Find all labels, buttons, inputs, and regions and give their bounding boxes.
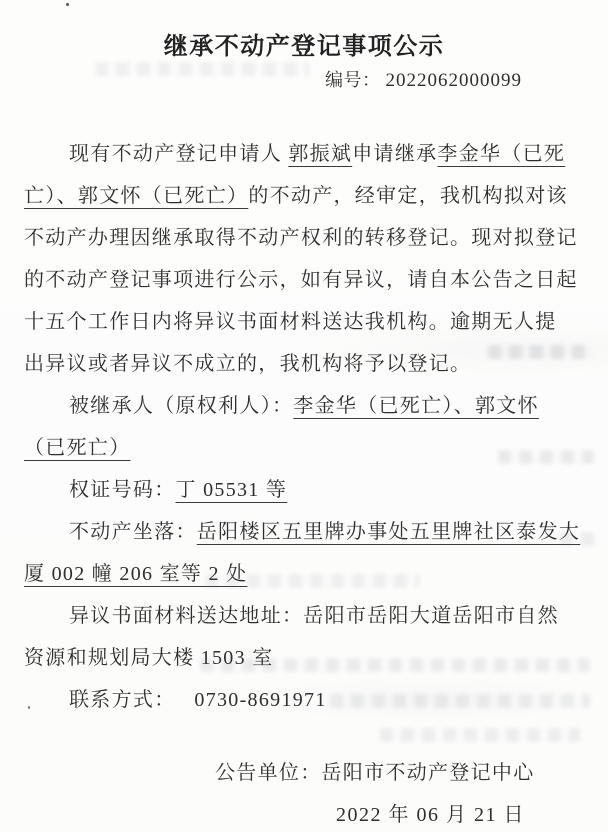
doc-number: 编号： 2022062000099 bbox=[325, 66, 522, 92]
footer-date: 2022 年 06 月 21 日 bbox=[336, 798, 525, 827]
body-lines: 现有不动产登记申请人 郭振斌申请继承李金华（已死亡）、郭文怀（已死亡）的不动产，… bbox=[24, 133, 590, 721]
underlined-text: 丁 05531 等 bbox=[176, 479, 288, 501]
page-title: 继承不动产登记事项公示 bbox=[0, 26, 608, 61]
scan-artifact bbox=[380, 728, 580, 742]
body-line: 现有不动产登记申请人 郭振斌申请继承李金华（已死 bbox=[24, 133, 590, 175]
text-segment: 资源和规划局大楼 1503 室 bbox=[24, 647, 274, 669]
notice-document-page: 继承不动产登记事项公示 编号： 2022062000099 现有不动产登记申请人… bbox=[0, 0, 608, 832]
body-line: 资源和规划局大楼 1503 室 bbox=[24, 637, 590, 679]
underlined-text: 李金华（已死 bbox=[437, 143, 565, 165]
doc-number-value: 2022062000099 bbox=[386, 70, 523, 91]
underlined-text: 亡）、郭文怀（已死亡） bbox=[24, 185, 248, 207]
text-segment: 的不动产，经审定，我机构拟对该 bbox=[248, 185, 568, 207]
underlined-text: 岳阳楼区五里牌办事处五里牌社区泰发大 bbox=[197, 521, 580, 543]
text-segment: 十五个工作日内将异议书面材料送达我机构。逾期无人提 bbox=[24, 311, 557, 333]
issuer-name: 岳阳市不动产登记中心 bbox=[322, 762, 535, 784]
scan-artifact bbox=[95, 62, 310, 76]
body-line: 权证号码：丁 05531 等 bbox=[24, 469, 590, 511]
text-segment: 不动产坐落： bbox=[69, 521, 197, 543]
body-line: 出异议或者异议不成立的，我机构将予以登记。 bbox=[24, 343, 590, 385]
text-segment: 的不动产登记事项进行公示，如有异议，请自本公告之日起 bbox=[24, 269, 578, 291]
body-line: 被继承人（原权利人）：李金华（已死亡）、郭文怀 bbox=[24, 385, 590, 427]
body-line: 不动产坐落：岳阳楼区五里牌办事处五里牌社区泰发大 bbox=[24, 511, 590, 553]
issuer-label: 公告单位： bbox=[215, 762, 322, 784]
body-line: 亡）、郭文怀（已死亡）的不动产，经审定，我机构拟对该 bbox=[24, 175, 590, 217]
underlined-text: 厦 002 幢 206 室等 2 处 bbox=[24, 563, 247, 585]
underlined-text: （已死亡） bbox=[24, 437, 131, 459]
scan-speck bbox=[66, 3, 69, 6]
text-segment: 不动产办理因继承取得不动产权利的转移登记。现对拟登记 bbox=[24, 227, 578, 249]
text-segment: 出异议或者异议不成立的，我机构将予以登记。 bbox=[24, 353, 471, 375]
text-segment: 联系方式： 0730-8691971 bbox=[69, 689, 327, 711]
text-segment: 被继承人（原权利人）： bbox=[69, 395, 293, 417]
body-line: 的不动产登记事项进行公示，如有异议，请自本公告之日起 bbox=[24, 259, 590, 301]
text-segment: 权证号码： bbox=[69, 479, 176, 501]
body-line: 联系方式： 0730-8691971 bbox=[24, 679, 590, 721]
underlined-text: 郭振斌 bbox=[288, 143, 352, 165]
body-line: （已死亡） bbox=[24, 427, 590, 469]
footer-issuer: 公告单位：岳阳市不动产登记中心 bbox=[215, 756, 535, 785]
body-line: 厦 002 幢 206 室等 2 处 bbox=[24, 553, 590, 595]
text-segment: 异议书面材料送达地址：岳阳市岳阳大道岳阳市自然 bbox=[69, 605, 559, 627]
body-line: 十五个工作日内将异议书面材料送达我机构。逾期无人提 bbox=[24, 301, 590, 343]
body-line: 不动产办理因继承取得不动产权利的转移登记。现对拟登记 bbox=[24, 217, 590, 259]
underlined-text: 李金华（已死亡）、郭文怀 bbox=[293, 395, 539, 417]
body-line: 异议书面材料送达地址：岳阳市岳阳大道岳阳市自然 bbox=[24, 595, 590, 637]
text-segment: 现有不动产登记申请人 bbox=[69, 143, 288, 165]
doc-number-label: 编号： bbox=[325, 70, 386, 90]
text-segment: 申请继承 bbox=[352, 143, 437, 165]
